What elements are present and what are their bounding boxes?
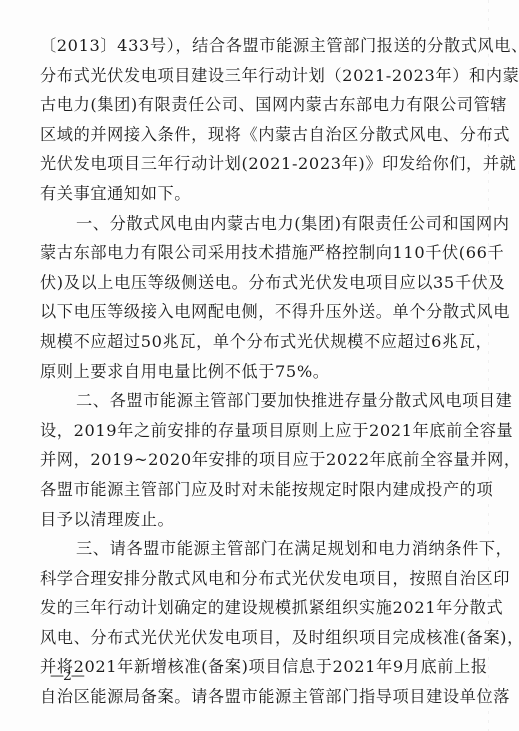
paragraph-2-start: 二、各盟市能源主管部门要加快推进存量分散式风电项目建	[40, 386, 478, 416]
text-line: 各盟市能源主管部门应及时对未能按规定时限内建成投产的项	[40, 475, 478, 505]
text-line: 规模不应超过50兆瓦，单个分布式光伏规模不应超过6兆瓦，	[40, 327, 478, 357]
text-line: 〔2013〕433号），结合各盟市能源主管部门报送的分散式风电、	[40, 31, 478, 61]
text-line: 自治区能源局备案。请各盟市能源主管部门指导项目建设单位落	[40, 682, 478, 712]
text-line: 伏)及以上电压等级侧送电。分布式光伏发电项目应以35千伏及	[40, 268, 478, 298]
document-page: 〔2013〕433号），结合各盟市能源主管部门报送的分散式风电、 分布式光伏发电…	[0, 0, 519, 731]
text-line: 分布式光伏发电项目建设三年行动计划（2021-2023年）和内蒙	[40, 61, 478, 91]
document-body: 〔2013〕433号），结合各盟市能源主管部门报送的分散式风电、 分布式光伏发电…	[40, 31, 478, 712]
text-line: 并将2021年新增核准(备案)项目信息于2021年9月底前上报	[40, 652, 478, 682]
text-line: 有关事宜通知如下。	[40, 179, 478, 209]
text-line: 区域的并网接入条件，现将《内蒙古自治区分散式风电、分布式	[40, 120, 478, 150]
text-line: 原则上要求自用电量比例不低于75%。	[40, 357, 478, 387]
text-line: 设，2019年之前安排的存量项目原则上应于2021年底前全容量	[40, 416, 478, 446]
paragraph-1-start: 一、分散式风电由内蒙古电力(集团)有限责任公司和国网内	[40, 209, 478, 239]
text-line: 科学合理安排分散式风电和分布式光伏发电项目，按照自治区印	[40, 564, 478, 594]
text-line: 以下电压等级接入电网配电侧，不得升压外送。单个分散式风电	[40, 297, 478, 327]
text-line: 光伏发电项目三年行动计划(2021-2023年)》印发给你们，并就	[40, 149, 478, 179]
text-line: 目予以清理废止。	[40, 505, 478, 535]
text-line: 并网，2019~2020年安排的项目应于2022年底前全容量并网，	[40, 445, 478, 475]
text-line: 发的三年行动计划确定的建设规模抓紧组织实施2021年分散式	[40, 593, 478, 623]
page-number: —2—	[50, 668, 84, 684]
text-line: 风电、分布式光伏光伏发电项目，及时组织项目完成核准(备案)，	[40, 623, 478, 653]
text-line: 蒙古东部电力有限公司采用技术措施严格控制向110千伏(66千	[40, 238, 478, 268]
paragraph-3-start: 三、请各盟市能源主管部门在满足规划和电力消纳条件下，	[40, 534, 478, 564]
text-line: 古电力(集团)有限责任公司、国网内蒙古东部电力有限公司管辖	[40, 90, 478, 120]
